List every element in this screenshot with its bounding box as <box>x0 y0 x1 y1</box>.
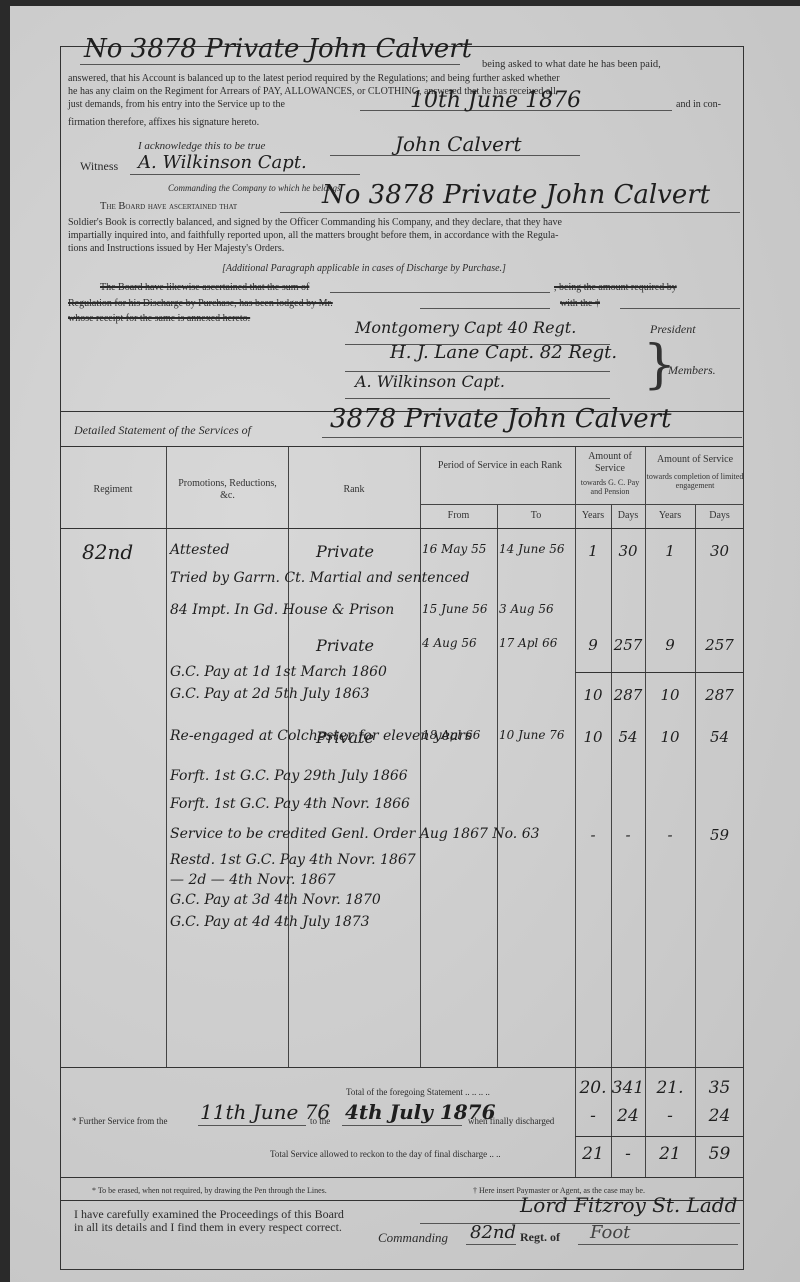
row-promotion: Tried by Garrn. Ct. Martial and sentence… <box>170 570 470 586</box>
row-from: 16 May 55 <box>422 542 486 556</box>
row-to: 17 Apl 66 <box>499 636 557 650</box>
row-to: 10 June 76 <box>499 728 565 742</box>
row-promotion: G.C. Pay at 1d 1st March 1860 <box>170 664 387 680</box>
row-promotion: G.C. Pay at 3d 4th Novr. 1870 <box>170 892 381 908</box>
row-from: 15 June 56 <box>422 602 488 616</box>
row-lim-years: - <box>645 826 695 844</box>
total-lim-days: 59 <box>695 1144 744 1164</box>
total-service-label: Total Service allowed to reckon to the d… <box>270 1148 501 1161</box>
row-lim-years: 9 <box>645 636 695 654</box>
statement-soldier-name: 3878 Private John Calvert <box>330 404 671 434</box>
purchase-struck-1a: The Board have likewise ascertained that… <box>100 281 309 294</box>
paid-to-date: 10th June 1876 <box>410 88 581 113</box>
row-gc-years: 10 <box>575 728 611 746</box>
row-gc-years: 1 <box>575 542 611 560</box>
row-gc-days: 54 <box>611 728 645 746</box>
member-1-signature: H. J. Lane Capt. 82 Regt. <box>390 342 617 363</box>
row-lim-years: 1 <box>645 542 695 560</box>
header-regiment: Regiment <box>60 484 166 496</box>
row-promotion: G.C. Pay at 2d 5th July 1863 <box>170 686 370 702</box>
total-gc-days: - <box>611 1144 645 1164</box>
header-from: From <box>420 510 497 522</box>
witness-label: Witness <box>80 160 118 173</box>
purchase-struck-3: whose receipt for the same is annexed he… <box>68 312 250 325</box>
header-lim-years: Years <box>645 510 695 522</box>
para1-line4-end: and in con- <box>676 98 721 111</box>
purchase-struck-1b: , being the amount required by <box>554 281 677 294</box>
soldier-signature: John Calvert <box>395 132 522 156</box>
row-promotion: 84 Impt. In Gd. House & Prison <box>170 602 394 618</box>
row-gc-years: - <box>575 826 611 844</box>
purchase-heading: [Additional Paragraph applicable in case… <box>222 262 506 275</box>
header-rank: Rank <box>290 484 418 496</box>
commanding-label: Commanding <box>378 1231 448 1244</box>
row-promotion: G.C. Pay at 4d 4th July 1873 <box>170 914 370 930</box>
row-promotion: Forft. 1st G.C. Pay 4th Novr. 1866 <box>170 796 410 812</box>
header-to: To <box>497 510 575 522</box>
para1-line5: firmation therefore, affixes his signatu… <box>68 116 259 129</box>
soldier-name-handwritten: No 3878 Private John Calvert <box>84 34 472 64</box>
witness-signature: A. Wilkinson Capt. <box>138 152 307 173</box>
further-lim-days: 24 <box>695 1106 744 1126</box>
examined-text: I have carefully examined the Proceeding… <box>74 1208 344 1234</box>
row-lim-years: 10 <box>645 686 695 704</box>
row-gc-days: 257 <box>611 636 645 654</box>
president-signature: Montgomery Capt 40 Regt. <box>355 318 576 337</box>
commanding-signature: Lord Fitzroy St. Ladd <box>520 1193 737 1217</box>
row-gc-years: 10 <box>575 686 611 704</box>
row-promotion: Forft. 1st G.C. Pay 29th July 1866 <box>170 768 408 784</box>
header-period: Period of Service in each Rank <box>430 460 570 472</box>
row-from: 4 Aug 56 <box>422 636 477 650</box>
row-rank: Private <box>316 542 374 561</box>
foregoing-lim-years: 21. <box>645 1078 695 1098</box>
row-lim-years: 10 <box>645 728 695 746</box>
row-lim-days: 30 <box>695 542 744 560</box>
para1-fragment: being asked to what date he has been pai… <box>482 58 661 71</box>
purchase-struck-2a: Regulation for his Discharge by Purchase… <box>68 297 333 310</box>
regiment-value: 82nd <box>82 540 133 564</box>
foregoing-gc-years: 20. <box>575 1078 611 1098</box>
row-to: 3 Aug 56 <box>499 602 554 616</box>
row-lim-days: 257 <box>695 636 744 654</box>
header-limited-sub: towards completion of limited engagement <box>646 472 744 490</box>
header-gc-sub: towards G. C. Pay and Pension <box>576 478 644 496</box>
board-intro: The Board have ascertained that <box>100 200 237 213</box>
row-rank: Private <box>316 728 374 747</box>
row-gc-years: 9 <box>575 636 611 654</box>
row-promotion: — 2d — 4th Novr. 1867 <box>170 872 336 888</box>
row-gc-days: 287 <box>611 686 645 704</box>
row-from: 18 Apl 66 <box>422 728 480 742</box>
board-text-1: Soldier's Book is correctly balanced, an… <box>68 216 562 229</box>
board-soldier-name: No 3878 Private John Calvert <box>322 180 710 210</box>
note-erase: * To be erased, when not required, by dr… <box>92 1184 327 1197</box>
header-promotions: Promotions, Reductions, &c. <box>170 478 285 502</box>
foregoing-gc-days: 341 <box>611 1078 645 1098</box>
member-2-signature: A. Wilkinson Capt. <box>355 372 505 391</box>
further-service-label: * Further Service from the <box>72 1115 167 1128</box>
row-promotion: Service to be credited Genl. Order Aug 1… <box>170 826 540 842</box>
para1-line2: answered, that his Account is balanced u… <box>68 72 560 85</box>
row-promotion: Restd. 1st G.C. Pay 4th Novr. 1867 <box>170 852 416 868</box>
purchase-struck-2b: with the † <box>560 297 600 310</box>
row-gc-days: - <box>611 826 645 844</box>
regt-label: Regt. of <box>520 1231 560 1244</box>
further-label-end: when finally discharged <box>468 1115 554 1128</box>
row-lim-days: 59 <box>695 826 744 844</box>
header-limited-title: Amount of Service <box>646 454 744 466</box>
header-gc-years: Years <box>575 510 611 522</box>
board-text-3: tions and Instructions issued by Her Maj… <box>68 242 284 255</box>
total-foregoing-label: Total of the foregoing Statement .. .. .… <box>346 1086 490 1099</box>
further-gc-years: - <box>575 1106 611 1126</box>
row-to: 14 June 56 <box>499 542 565 556</box>
foregoing-lim-days: 35 <box>695 1078 744 1098</box>
row-rank: Private <box>316 636 374 655</box>
para1-line4: just demands, from his entry into the Se… <box>68 98 285 111</box>
regt-name: Foot <box>590 1222 630 1243</box>
witness-caption: Commanding the Company to which he belon… <box>168 182 343 195</box>
board-text-2: impartially inquired into, and faithfull… <box>68 229 558 242</box>
header-gc-title: Amount of Service <box>576 451 644 475</box>
total-gc-years: 21 <box>575 1144 611 1164</box>
row-gc-days: 30 <box>611 542 645 560</box>
statement-title: Detailed Statement of the Services of <box>74 424 251 437</box>
total-lim-years: 21 <box>645 1144 695 1164</box>
further-to-label: to the <box>310 1115 330 1128</box>
row-promotion: Attested <box>170 542 229 558</box>
header-lim-days: Days <box>695 510 744 522</box>
further-gc-days: 24 <box>611 1106 645 1126</box>
header-gc-days: Days <box>611 510 645 522</box>
further-lim-years: - <box>645 1106 695 1126</box>
members-brace: } <box>643 335 676 395</box>
regt-number: 82nd <box>470 1222 516 1243</box>
row-lim-days: 287 <box>695 686 744 704</box>
row-lim-days: 54 <box>695 728 744 746</box>
